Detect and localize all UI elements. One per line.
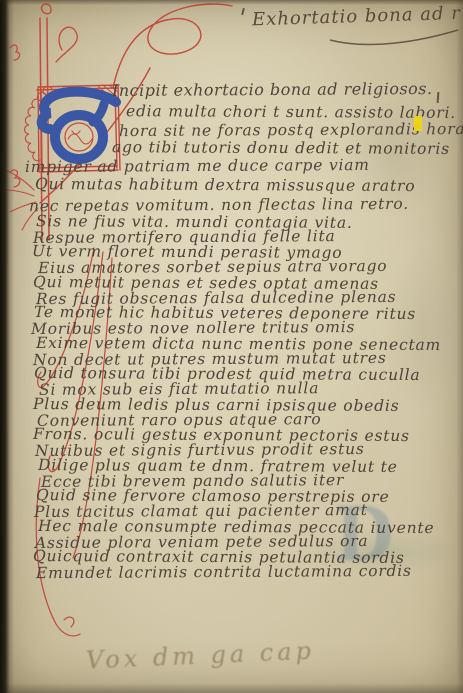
page-edge-left bbox=[0, 0, 14, 693]
manuscript-line: Emundet lacrimis contrita luctamina cord… bbox=[36, 562, 412, 582]
manuscript-line: hora sit ne foras postq explorandis hora… bbox=[119, 120, 463, 140]
page-edge-right bbox=[456, 0, 463, 693]
page-edge-top bbox=[0, 0, 463, 5]
showthrough-smudge bbox=[386, 250, 456, 410]
manuscript-line: Qui mutas habitum dextra missusque aratr… bbox=[35, 175, 415, 195]
manuscript-line: impiger ad patriam me duce carpe viam bbox=[25, 156, 370, 176]
manuscript-line: edia multa chori t sunt. assisto labori. bbox=[126, 102, 456, 122]
manuscript-photo: D Exhortatio bona ad r T Incipit exhorta… bbox=[0, 0, 463, 693]
initial-letter: T bbox=[36, 84, 37, 85]
page-edge-bottom bbox=[0, 683, 463, 693]
title-line: Incipit exhortacio bona ad religiosos. bbox=[112, 79, 433, 100]
manuscript-line: ago tibi tutoris donu dedit et monitoris bbox=[112, 138, 450, 158]
highlight-mark bbox=[414, 116, 422, 131]
